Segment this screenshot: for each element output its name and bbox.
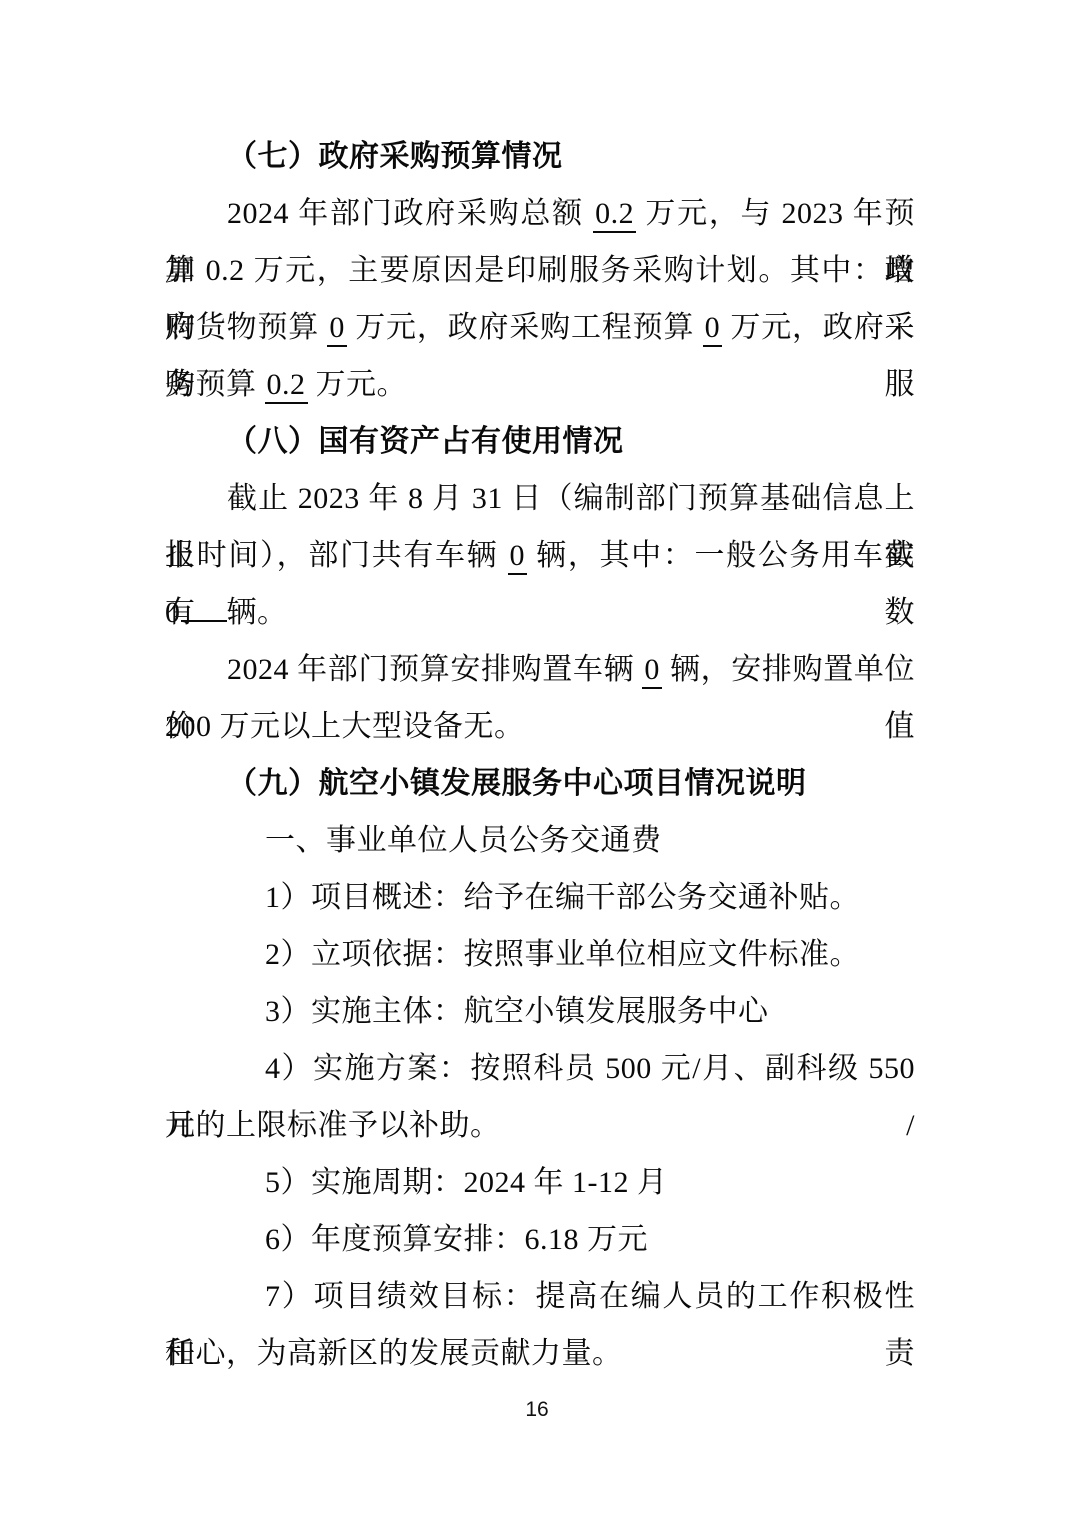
paragraph-line: 止时间），部门共有车辆 0 辆，其中：一般公务用车实有数 — [165, 527, 915, 584]
item-annual-budget: 6）年度预算安排：6.18 万元 — [165, 1211, 915, 1268]
heading-text: （八）国有资产占有使用情况 — [227, 425, 624, 458]
text-run: 3）实施主体：航空小镇发展服务中心 — [265, 995, 769, 1028]
section-heading-aviation-town-projects: （九）航空小镇发展服务中心项目情况说明 — [165, 755, 915, 812]
text-run: 2024 年部门预算安排购置车辆 — [227, 653, 642, 686]
paragraph-line: 2024 年部门政府采购总额 0.2 万元，与 2023 年预算增 — [165, 185, 915, 242]
text-run: 6）年度预算安排：6.18 万元 — [265, 1223, 648, 1256]
item-project-overview: 1）项目概述：给予在编干部公务交通补贴。 — [165, 869, 915, 926]
paragraph-line: 购货物预算 0 万元，政府采购工程预算 0 万元，政府采购服 — [165, 299, 915, 356]
text-run: 万元。 — [308, 368, 408, 401]
text-run: 务预算 — [165, 368, 265, 401]
heading-text: （九）航空小镇发展服务中心项目情况说明 — [227, 767, 807, 800]
underlined-value: 0 — [642, 653, 662, 689]
section-heading-state-assets: （八）国有资产占有使用情况 — [165, 413, 915, 470]
item-performance-goal: 7）项目绩效目标：提高在编人员的工作积极性和责 — [165, 1268, 915, 1325]
text-run: 1）项目概述：给予在编干部公务交通补贴。 — [265, 881, 860, 914]
section-heading-government-procurement: （七）政府采购预算情况 — [165, 128, 915, 185]
document-body: （七）政府采购预算情况 2024 年部门政府采购总额 0.2 万元，与 2023… — [165, 128, 915, 1382]
text-run: 一、事业单位人员公务交通费 — [265, 824, 662, 857]
paragraph-line: 截止 2023 年 8 月 31 日（编制部门预算基础信息上报截 — [165, 470, 915, 527]
text-run: 万元，政府采购工程预算 — [347, 311, 703, 344]
text-run: 2）立项依据：按照事业单位相应文件标准。 — [265, 938, 860, 971]
paragraph-line: 加 0.2 万元，主要原因是印刷服务采购计划。其中：政府采 — [165, 242, 915, 299]
underlined-value: 0 — [703, 311, 723, 347]
text-run: 0 — [165, 596, 181, 629]
heading-text: （七）政府采购预算情况 — [227, 140, 563, 173]
underlined-value: 0.2 — [593, 197, 636, 233]
text-run: 购货物预算 — [165, 311, 327, 344]
text-run: 5）实施周期：2024 年 1-12 月 — [265, 1166, 668, 1199]
item-implementing-body: 3）实施主体：航空小镇发展服务中心 — [165, 983, 915, 1040]
page-number: 16 — [0, 1398, 1074, 1422]
document-page: （七）政府采购预算情况 2024 年部门政府采购总额 0.2 万元，与 2023… — [0, 0, 1074, 1520]
underlined-value: 0 — [327, 311, 347, 347]
text-run: 辆。 — [227, 596, 288, 629]
underlined-value: 0 — [508, 539, 528, 575]
blank-underline — [181, 613, 227, 622]
text-run: 止时间），部门共有车辆 — [165, 539, 508, 572]
item-implementation-plan: 4）实施方案：按照科员 500 元/月、副科级 550 元/ — [165, 1040, 915, 1097]
text-run: 任心，为高新区的发展贡献力量。 — [165, 1337, 623, 1370]
underlined-value: 0.2 — [265, 368, 308, 404]
item-project-basis: 2）立项依据：按照事业单位相应文件标准。 — [165, 926, 915, 983]
text-run: 200 万元以上大型设备无。 — [165, 710, 525, 743]
text-run: 月的上限标准予以补助。 — [165, 1109, 501, 1142]
paragraph-line: 2024 年部门预算安排购置车辆 0 辆，安排购置单位价值 — [165, 641, 915, 698]
text-run: 2024 年部门政府采购总额 — [227, 197, 593, 230]
subheading-project-transport-allowance: 一、事业单位人员公务交通费 — [165, 812, 915, 869]
item-implementation-period: 5）实施周期：2024 年 1-12 月 — [165, 1154, 915, 1211]
